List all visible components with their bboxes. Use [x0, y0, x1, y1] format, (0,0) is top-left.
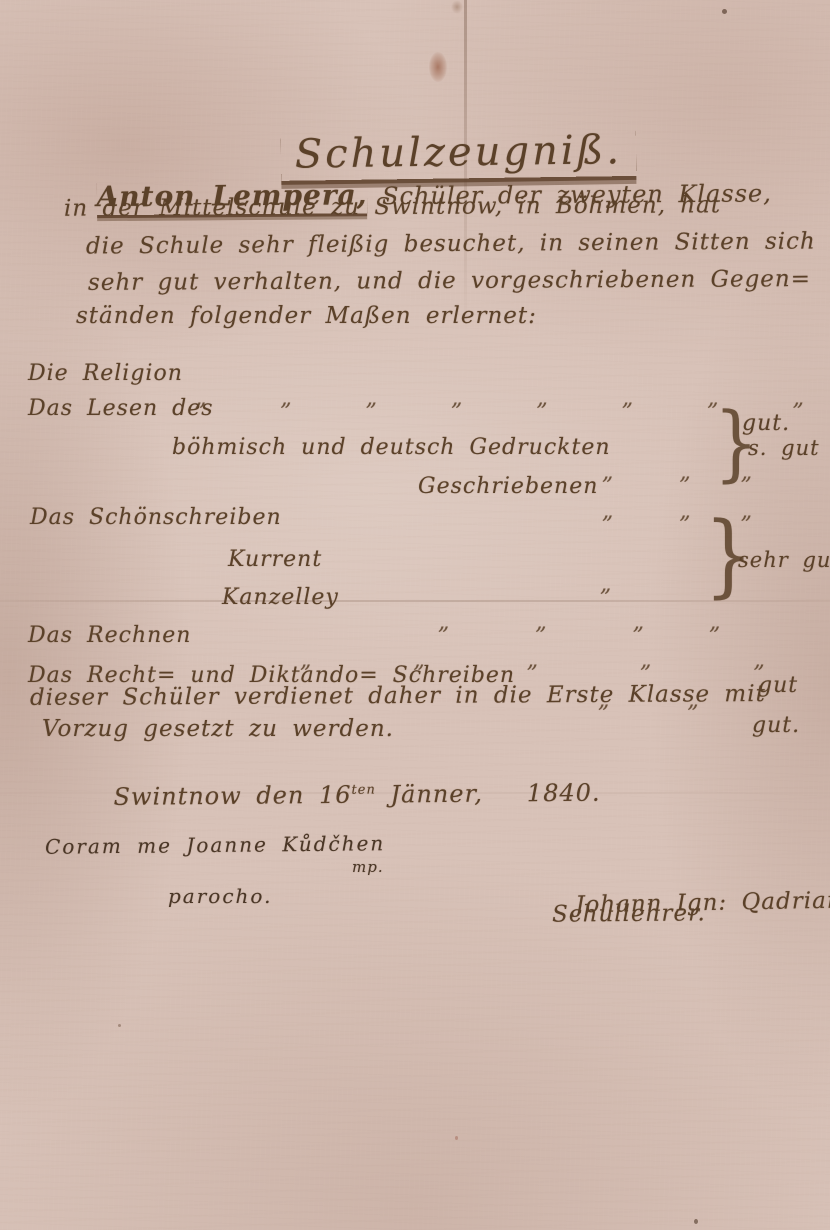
grade-row-rechtschreiben: Das Recht= und Diktando= Schreiben „ „ g…	[0, 638, 830, 668]
paper-speck	[694, 1219, 698, 1224]
opening-line-3: die Schule sehr fleißig besuchet, in sei…	[86, 228, 816, 259]
paper-speck	[118, 1024, 121, 1027]
witness-role: parocho.	[168, 884, 272, 908]
certificate-scan: Schulzeugniß. Anton Lempera, Schüler der…	[0, 0, 830, 1230]
grade-row-lesen: Das Lesen des	[0, 371, 830, 401]
grade-value-lesen: s. gut	[748, 436, 820, 460]
opening-line-2: in der Mittelschule zu Swintnow, in Böhm…	[64, 192, 721, 221]
conclusion-line-1: dieser Schüler verdienet daher in die Er…	[30, 681, 766, 711]
dateline: Swintnow den 16ten Jänner, 1840.	[55, 751, 601, 840]
ink-stain	[429, 52, 447, 82]
paper-stain	[451, 0, 463, 14]
grade-row-geschrieben: Geschriebenen „ „ „	[0, 449, 830, 479]
witness-signature: Coram me Joanne Kůdčhen	[45, 831, 385, 859]
paper-speck	[455, 1136, 458, 1140]
teacher-role: Schullehrer.	[552, 900, 706, 927]
dateline-ordinal: ten	[351, 783, 375, 798]
grade-value-schoenschreiben: sehr gut.	[738, 548, 830, 572]
paper-speck	[722, 9, 727, 14]
opening-line-5: ständen folgender Maßen erlernet:	[76, 303, 537, 329]
dateline-month-year: Jänner, 1840.	[376, 779, 601, 809]
grade-row-rechnen: Das Rechnen „ „ „ „ „ gut	[0, 598, 830, 628]
conclusion-line-2: Vorzug gesetzt zu werden.	[42, 716, 394, 742]
grade-value: gut.	[752, 713, 800, 738]
grade-row-religion: Die Religion „ „ „ „ „ „ „ „ gut.	[0, 336, 830, 366]
opening-line-4: sehr gut verhalten, und die vorgeschrieb…	[88, 266, 811, 296]
grade-row-gedruckt: böhmisch und deutsch Gedruckten „ „ „	[0, 410, 830, 440]
witness-flourish: mp.	[352, 858, 384, 876]
dateline-place-day: Swintnow den 16	[113, 781, 351, 811]
